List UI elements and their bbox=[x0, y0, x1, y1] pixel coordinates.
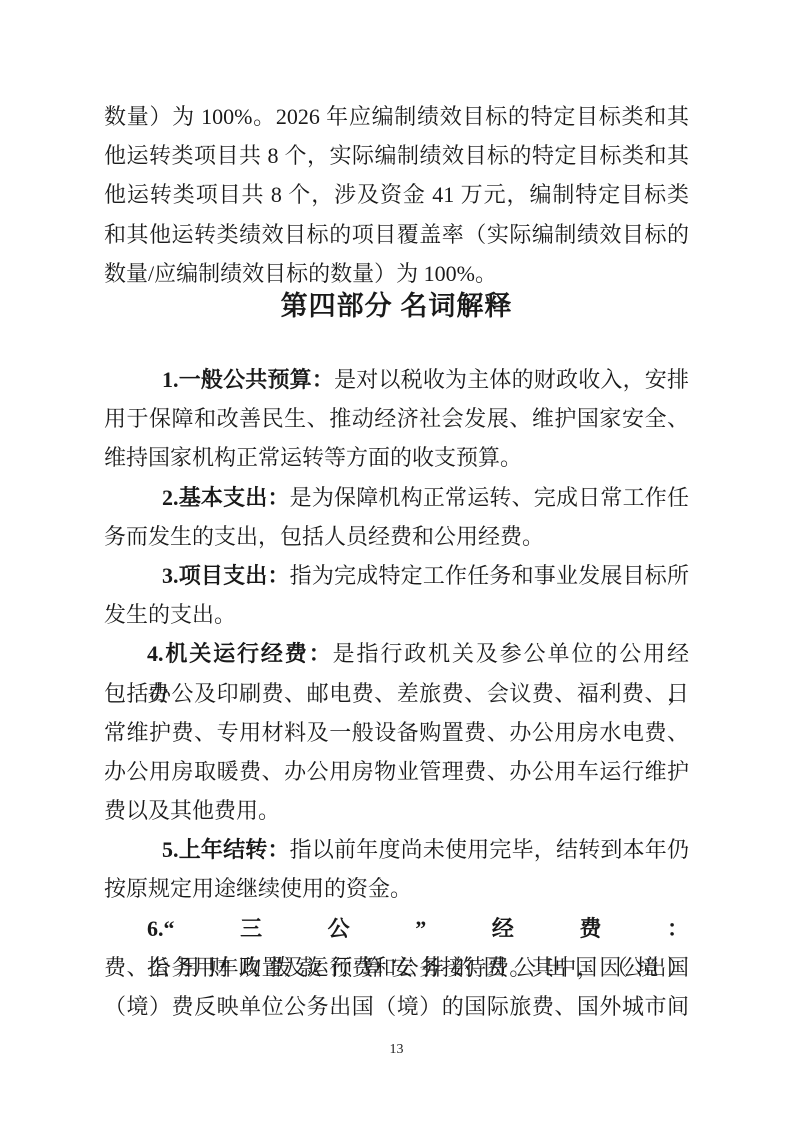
term-item: 3.项目支出：指为完成特定工作任务和事业发展目标所 发生的支出。 bbox=[104, 556, 689, 634]
term-first-line: 3.项目支出：指为完成特定工作任务和事业发展目标所 bbox=[104, 556, 689, 595]
term-label: 4.机关运行经费： bbox=[147, 641, 333, 666]
term-item: 1.一般公共预算：是对以税收为主体的财政收入，安排 用于保障和改善民生、推动经济… bbox=[104, 360, 689, 478]
term-line: 费、公务用车购置及运行费和公务接待费。其中，因公出国 bbox=[104, 948, 689, 987]
page-number: 13 bbox=[0, 1040, 793, 1060]
term-definition: 是为保障机构正常运转、完成日常工作任 bbox=[290, 485, 689, 510]
term-definition: 是对以税收为主体的财政收入，安排 bbox=[334, 367, 689, 392]
term-item: 2.基本支出：是为保障机构正常运转、完成日常工作任 务而发生的支出，包括人员经费… bbox=[104, 478, 689, 556]
term-line: 费以及其他费用。 bbox=[104, 791, 689, 830]
term-definition: 指为完成特定工作任务和事业发展目标所 bbox=[290, 563, 689, 588]
term-item: 5.上年结转：指以前年度尚未使用完毕，结转到本年仍 按原规定用途继续使用的资金。 bbox=[104, 830, 689, 908]
term-first-line: 6.“三公”经费：指用财政拨款预算安排的因公出国（境） bbox=[104, 909, 689, 948]
term-label: 1.一般公共预算： bbox=[162, 367, 334, 392]
term-label: 6.“三公”经费： bbox=[147, 916, 689, 941]
term-first-line: 4.机关运行经费：是指行政机关及参公单位的公用经费， bbox=[104, 634, 689, 673]
term-item: 6.“三公”经费：指用财政拨款预算安排的因公出国（境） 费、公务用车购置及运行费… bbox=[104, 909, 689, 1027]
term-line: 包括办公及印刷费、邮电费、差旅费、会议费、福利费、日 bbox=[104, 674, 689, 713]
section-heading: 第四部分 名词解释 bbox=[104, 282, 689, 330]
term-first-line: 1.一般公共预算：是对以税收为主体的财政收入，安排 bbox=[104, 360, 689, 399]
term-first-line: 2.基本支出：是为保障机构正常运转、完成日常工作任 bbox=[104, 478, 689, 517]
term-definition: 指以前年度尚未使用完毕，结转到本年仍 bbox=[290, 837, 689, 862]
term-label: 3.项目支出： bbox=[162, 563, 290, 588]
paragraph-line: 数量）为 100%。2026 年应编制绩效目标的特定目标类和其 bbox=[104, 97, 689, 136]
terms-list: 1.一般公共预算：是对以税收为主体的财政收入，安排 用于保障和改善民生、推动经济… bbox=[104, 360, 689, 1026]
term-item: 4.机关运行经费：是指行政机关及参公单位的公用经费， 包括办公及印刷费、邮电费、… bbox=[104, 634, 689, 830]
paragraph-line: 和其他运转类绩效目标的项目覆盖率（实际编制绩效目标的 bbox=[104, 215, 689, 254]
paragraph-line: 他运转类项目共 8 个，实际编制绩效目标的特定目标类和其 bbox=[104, 136, 689, 175]
term-line: 用于保障和改善民生、推动经济社会发展、维护国家安全、 bbox=[104, 399, 689, 438]
term-line: 办公用房取暖费、办公用房物业管理费、办公用车运行维护 bbox=[104, 752, 689, 791]
paragraph-line: 他运转类项目共 8 个，涉及资金 41 万元，编制特定目标类 bbox=[104, 175, 689, 214]
term-line: 常维护费、专用材料及一般设备购置费、办公用房水电费、 bbox=[104, 713, 689, 752]
term-label: 5.上年结转： bbox=[162, 837, 290, 862]
continuation-paragraph: 数量）为 100%。2026 年应编制绩效目标的特定目标类和其 他运转类项目共 … bbox=[104, 97, 689, 293]
term-line: （境）费反映单位公务出国（境）的国际旅费、国外城市间 bbox=[104, 987, 689, 1026]
document-page: 数量）为 100%。2026 年应编制绩效目标的特定目标类和其 他运转类项目共 … bbox=[0, 0, 793, 1122]
term-line: 按原规定用途继续使用的资金。 bbox=[104, 869, 689, 908]
term-line: 维持国家机构正常运转等方面的收支预算。 bbox=[104, 438, 689, 477]
term-line: 发生的支出。 bbox=[104, 595, 689, 634]
term-first-line: 5.上年结转：指以前年度尚未使用完毕，结转到本年仍 bbox=[104, 830, 689, 869]
term-line: 务而发生的支出，包括人员经费和公用经费。 bbox=[104, 517, 689, 556]
term-label: 2.基本支出： bbox=[162, 485, 290, 510]
